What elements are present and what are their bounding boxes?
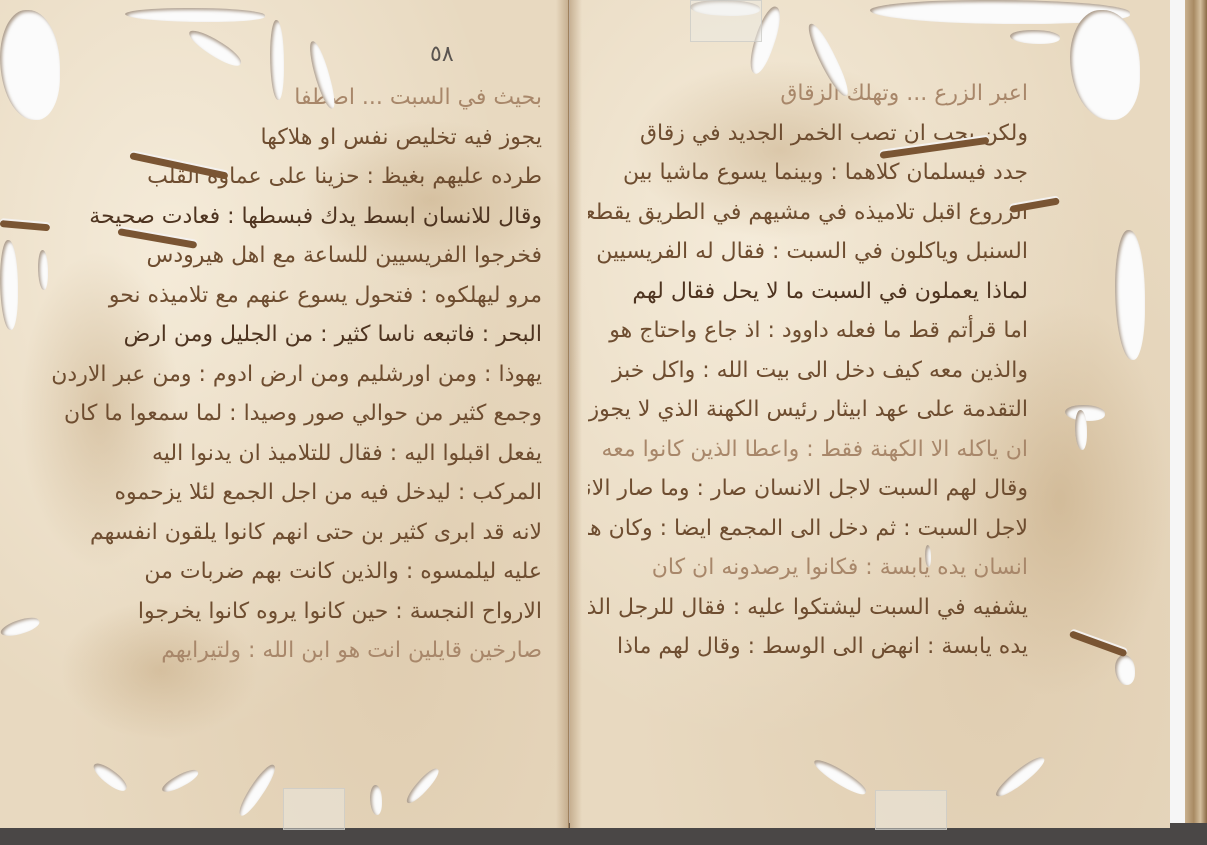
- text-line: والذين معه كيف دخل الى بيت الله : واكل خ…: [588, 351, 1028, 391]
- text-line: ان ياكله الا الكهنة فقط : واعطا الذين كا…: [588, 430, 1028, 470]
- book-gutter: [556, 0, 582, 828]
- text-line: يشفيه في السبت ليشتكوا عليه : فقال للرجل…: [588, 588, 1028, 628]
- worm-hole: [370, 785, 382, 815]
- text-line: التقدمة على عهد ابيثار رئيس الكهنة الذي …: [588, 390, 1028, 430]
- worm-hole: [1010, 30, 1060, 44]
- worm-hole: [125, 8, 265, 22]
- worm-hole: [90, 760, 131, 794]
- manuscript-spread: ٥٨ بحيث في السبت ... اصطفا يجوز فيه تخلي…: [0, 0, 1180, 828]
- text-line: صارخين قايلين انت هو ابن الله : ولتيرايه…: [22, 631, 542, 671]
- text-line: جدد فيسلمان كلاهما : وبينما يسوع ماشيا ب…: [588, 153, 1028, 193]
- text-line: يده يابسة : انهض الى الوسط : وقال لهم ما…: [588, 627, 1028, 667]
- text-line: وقال للانسان ابسط يدك فبسطها : فعادت صحي…: [22, 197, 542, 237]
- repair-tape: [690, 0, 762, 42]
- right-page-text: اعبر الزرع ... وتهلك الزقاق ولكن يجب ان …: [588, 74, 1028, 667]
- folio-number: ٥٨: [430, 42, 454, 67]
- text-line: يفعل اقبلوا اليه : فقال للتلاميذ ان يدنو…: [22, 434, 542, 474]
- left-page: ٥٨ بحيث في السبت ... اصطفا يجوز فيه تخلي…: [0, 0, 569, 828]
- left-page-text: بحيث في السبت ... اصطفا يجوز فيه تخليص ن…: [22, 78, 542, 671]
- worm-hole: [993, 752, 1048, 801]
- worm-hole: [234, 761, 280, 818]
- repair-tape: [283, 788, 345, 830]
- text-line: عليه ليلمسوه : والذين كانت بهم ضربات من: [22, 552, 542, 592]
- worm-hole: [403, 765, 441, 807]
- worm-hole: [0, 10, 60, 120]
- worm-hole: [811, 756, 870, 798]
- text-line: انسان يده يابسة : فكانوا يرصدونه ان كان: [588, 548, 1028, 588]
- worm-hole: [925, 545, 931, 567]
- text-line: طرده عليهم بغيظ : حزينا على عماوه القلب: [22, 157, 542, 197]
- text-line: لماذا يعملون في السبت ما لا يحل فقال لهم: [588, 272, 1028, 312]
- worm-hole: [185, 26, 245, 70]
- worm-hole: [0, 240, 18, 330]
- text-line: الزروع اقبل تلاميذه في مشيهم في الطريق ي…: [588, 193, 1028, 233]
- text-line: الارواح النجسة : حين كانوا يروه كانوا يخ…: [22, 592, 542, 632]
- text-line: السنبل وياكلون في السبت : فقال له الفريس…: [588, 232, 1028, 272]
- repair-tape: [875, 790, 947, 830]
- text-line: وقال لهم السبت لاجل الانسان صار : وما صا…: [588, 469, 1028, 509]
- worm-hole: [160, 766, 201, 796]
- text-line: اعبر الزرع ... وتهلك الزقاق: [588, 74, 1028, 114]
- text-line: البحر : فاتبعه ناسا كثير : من الجليل ومن…: [22, 315, 542, 355]
- text-line: يهوذا : ومن اورشليم ومن ارض ادوم : ومن ع…: [22, 355, 542, 395]
- text-line: وجمع كثير من حوالي صور وصيدا : لما سمعوا…: [22, 394, 542, 434]
- text-line: مرو ليهلكوه : فتحول يسوع عنهم مع تلاميذه…: [22, 276, 542, 316]
- worm-hole: [1075, 410, 1087, 450]
- text-line: اما قرأتم قط ما فعله داوود : اذ جاع واحت…: [588, 311, 1028, 351]
- worm-hole: [270, 20, 284, 100]
- right-page: اعبر الزرع ... وتهلك الزقاق ولكن يجب ان …: [570, 0, 1170, 828]
- worm-hole: [38, 250, 48, 290]
- text-line: يجوز فيه تخليص نفس او هلاكها: [22, 118, 542, 158]
- worm-hole: [1115, 655, 1135, 685]
- book-edge: [1185, 0, 1207, 845]
- worm-hole: [1070, 10, 1140, 120]
- text-line: لاجل السبت : ثم دخل الى المجمع ايضا : وك…: [588, 509, 1028, 549]
- text-line: فخرجوا الفريسيين للساعة مع اهل هيرودس: [22, 236, 542, 276]
- text-line: المركب : ليدخل فيه من اجل الجمع لئلا يزح…: [22, 473, 542, 513]
- text-line: لانه قد ابرى كثير بن حتى انهم كانوا يلقو…: [22, 513, 542, 553]
